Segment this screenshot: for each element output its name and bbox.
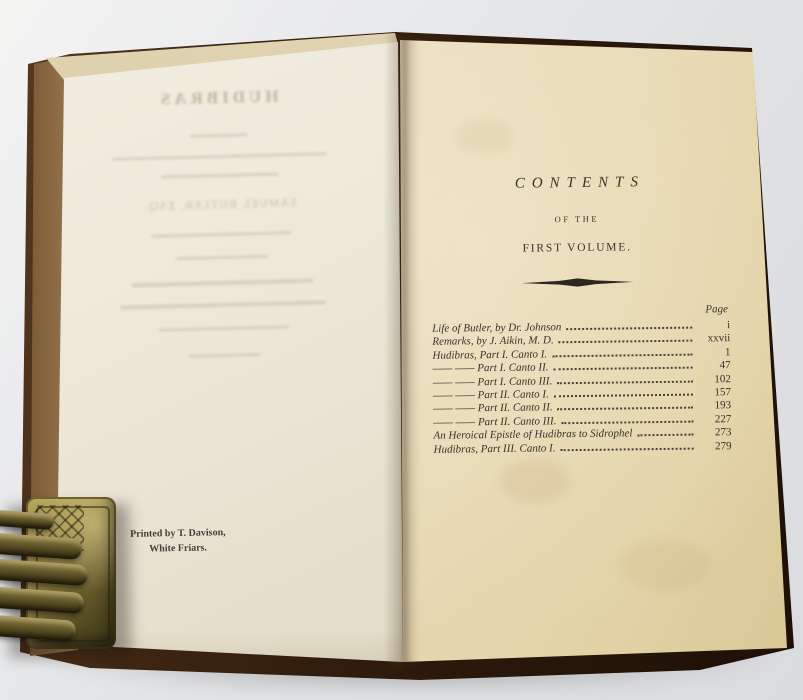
- foxing-stain: [620, 540, 710, 590]
- foxing-stain: [500, 460, 570, 502]
- toc-entry-page: 157: [695, 386, 731, 400]
- table-of-contents: Life of Butler, by Dr. Johnson i Remarks…: [410, 319, 748, 457]
- dot-leader: [552, 353, 692, 357]
- book-photo: HUDIBRAS SAMUEL BUTLER, ESQ. Printed by …: [0, 0, 803, 700]
- toc-entry-page: 1: [694, 346, 730, 360]
- contents-subheading: OF THE: [409, 212, 745, 226]
- toc-entry-page: i: [694, 319, 730, 333]
- dot-leader: [637, 434, 693, 437]
- dot-leader: [566, 327, 692, 331]
- toc-entry-page: xxvii: [694, 333, 730, 347]
- toc-entry-page: 227: [695, 413, 731, 427]
- toc-entry-title: Hudibras, Part III. Canto I.: [434, 442, 556, 457]
- page-column-header: Page: [410, 303, 746, 319]
- printer-imprint: Printed by T. Davison, White Friars.: [114, 525, 243, 557]
- toc-entry-page: 193: [695, 400, 731, 414]
- contents-heading: CONTENTS: [408, 173, 744, 194]
- ghost-line: [151, 231, 291, 238]
- toc-entry-title: —— —— Part II. Canto I.: [433, 388, 549, 403]
- toc-entry-title: An Heroical Epistle of Hudibras to Sidro…: [433, 428, 632, 444]
- toc-entry-page: 273: [695, 426, 731, 440]
- dot-leader: [561, 447, 694, 451]
- contents-page: CONTENTS OF THE FIRST VOLUME. Page Life …: [408, 173, 747, 457]
- bleed-through-text: HUDIBRAS SAMUEL BUTLER, ESQ.: [85, 85, 358, 361]
- ghost-author: SAMUEL BUTLER, ESQ.: [87, 196, 353, 215]
- toc-entry-page: 279: [696, 440, 732, 454]
- ghost-line: [132, 279, 314, 288]
- dot-leader: [561, 420, 693, 424]
- dot-leader: [553, 367, 692, 371]
- swelled-rule-glyph: [522, 277, 634, 287]
- ghost-line: [120, 300, 326, 309]
- swelled-rule: [410, 276, 746, 289]
- dot-leader: [557, 380, 693, 384]
- dot-leader: [558, 407, 694, 411]
- ghost-line: [176, 255, 268, 260]
- toc-entry-title: —— —— Part I. Canto II.: [433, 362, 549, 377]
- toc-entry-page: 102: [695, 373, 731, 387]
- ghost-line: [112, 152, 326, 161]
- printer-imprint-line1: Printed by T. Davison,: [114, 525, 242, 542]
- ghost-line: [161, 172, 279, 178]
- ghost-line: [159, 325, 289, 331]
- toc-entry-page: 47: [695, 359, 731, 373]
- foxing-stain: [455, 120, 515, 154]
- ghost-line: [190, 133, 248, 138]
- volume-line: FIRST VOLUME.: [409, 240, 745, 256]
- dot-leader: [554, 394, 693, 398]
- printer-imprint-line2: White Friars.: [114, 540, 242, 557]
- toc-entry-title: Hudibras, Part I. Canto I.: [432, 348, 547, 363]
- dot-leader: [559, 340, 693, 344]
